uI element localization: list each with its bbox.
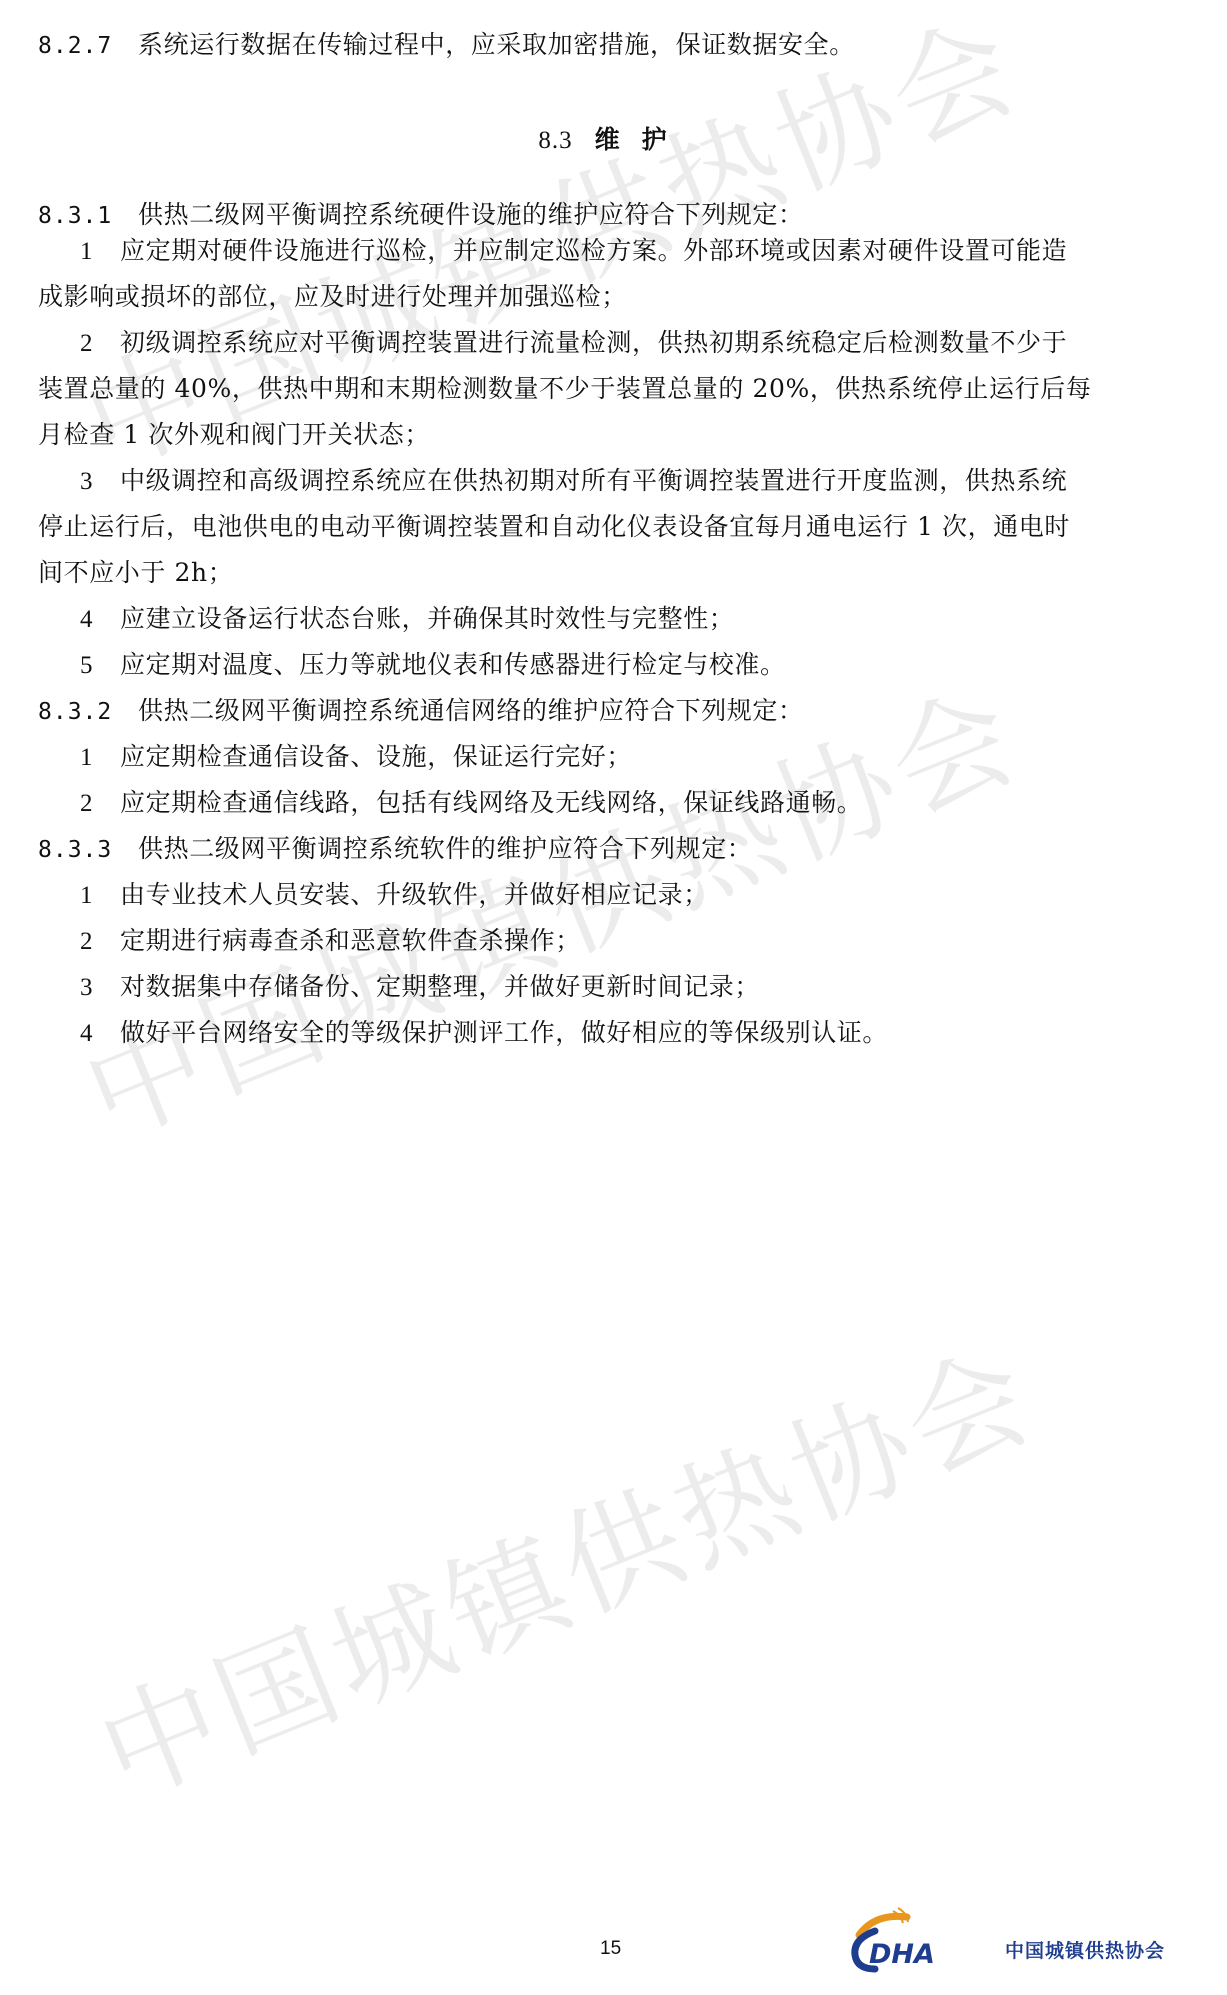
clause-number: 8.3.3: [38, 835, 138, 865]
clause-8-3-1: 8.3.1供热二级网平衡调控系统硬件设施的维护应符合下列规定：: [38, 200, 804, 231]
cdha-logo-icon: DHA: [845, 1905, 1005, 1975]
list-item: 2应定期检查通信线路，包括有线网络及无线网络，保证线路通畅。: [80, 788, 862, 819]
clause-8-2-7: 8.2.7系统运行数据在传输过程中，应采取加密措施，保证数据安全。: [38, 30, 855, 61]
list-item: 1由专业技术人员安装、升级软件，并做好相应记录；: [80, 880, 709, 911]
section-title: 维护: [595, 125, 689, 154]
logo-org-name: 中国城镇供热协会: [1005, 1936, 1165, 1963]
list-item-continuation: 装置总量的 40%，供热中期和末期检测数量不少于装置总量的 20%，供热系统停止…: [38, 374, 1091, 404]
item-number: 3: [80, 973, 120, 1003]
item-number: 4: [80, 1019, 120, 1049]
item-text: 应定期对温度、压力等就地仪表和传感器进行检定与校准。: [120, 650, 786, 679]
clause-text: 供热二级网平衡调控系统软件的维护应符合下列规定：: [138, 834, 752, 863]
item-text: 中级调控和高级调控系统应在供热初期对所有平衡调控装置进行开度监测，供热系统: [120, 466, 1067, 495]
clause-number: 8.2.7: [38, 31, 138, 61]
item-number: 1: [80, 881, 120, 911]
item-number: 2: [80, 329, 120, 359]
clause-text: 供热二级网平衡调控系统硬件设施的维护应符合下列规定：: [138, 200, 804, 229]
item-number: 1: [80, 237, 120, 267]
item-number: 2: [80, 927, 120, 957]
clause-8-3-3: 8.3.3供热二级网平衡调控系统软件的维护应符合下列规定：: [38, 834, 752, 865]
list-item: 4做好平台网络安全的等级保护测评工作，做好相应的等保级别认证。: [80, 1018, 888, 1049]
item-text: 定期进行病毒查杀和恶意软件查杀操作；: [120, 926, 581, 955]
list-item: 4应建立设备运行状态台账，并确保其时效性与完整性；: [80, 604, 734, 635]
list-item-continuation: 间不应小于 2h；: [38, 558, 233, 588]
list-item: 1应定期检查通信设备、设施，保证运行完好；: [80, 742, 632, 773]
item-text: 应定期对硬件设施进行巡检，并应制定巡检方案。外部环境或因素对硬件设置可能造: [120, 236, 1067, 265]
list-item-continuation: 停止运行后，电池供电的电动平衡调控装置和自动化仪表设备宜每月通电运行 1 次，通…: [38, 512, 1070, 542]
item-text: 应建立设备运行状态台账，并确保其时效性与完整性；: [120, 604, 734, 633]
item-number: 4: [80, 605, 120, 635]
clause-number: 8.3.2: [38, 697, 138, 727]
list-item: 2定期进行病毒查杀和恶意软件查杀操作；: [80, 926, 581, 957]
item-text: 应定期检查通信设备、设施，保证运行完好；: [120, 742, 632, 771]
item-text: 应定期检查通信线路，包括有线网络及无线网络，保证线路通畅。: [120, 788, 862, 817]
clause-text: 系统运行数据在传输过程中，应采取加密措施，保证数据安全。: [138, 30, 855, 59]
item-number: 5: [80, 651, 120, 681]
clause-text: 供热二级网平衡调控系统通信网络的维护应符合下列规定：: [138, 696, 804, 725]
watermark: 中国城镇供热协会: [71, 1301, 1054, 1830]
clause-8-3-2: 8.3.2供热二级网平衡调控系统通信网络的维护应符合下列规定：: [38, 696, 804, 727]
clause-number: 8.3.1: [38, 201, 138, 231]
list-item-continuation: 月检查 1 次外观和阀门开关状态；: [38, 420, 430, 450]
list-item: 5应定期对温度、压力等就地仪表和传感器进行检定与校准。: [80, 650, 786, 681]
item-text: 初级调控系统应对平衡调控装置进行流量检测，供热初期系统稳定后检测数量不少于: [120, 328, 1067, 357]
item-text: 由专业技术人员安装、升级软件，并做好相应记录；: [120, 880, 709, 909]
item-number: 2: [80, 789, 120, 819]
list-item: 3中级调控和高级调控系统应在供热初期对所有平衡调控装置进行开度监测，供热系统: [80, 466, 1067, 497]
list-item: 3对数据集中存储备份、定期整理，并做好更新时间记录；: [80, 972, 760, 1003]
item-text: 对数据集中存储备份、定期整理，并做好更新时间记录；: [120, 972, 760, 1001]
list-item-continuation: 成影响或损坏的部位，应及时进行处理并加强巡检；: [38, 282, 627, 312]
list-item: 1应定期对硬件设施进行巡检，并应制定巡检方案。外部环境或因素对硬件设置可能造: [80, 236, 1067, 267]
page-number: 15: [600, 1938, 621, 1960]
svg-text:DHA: DHA: [869, 1939, 935, 1970]
item-text: 做好平台网络安全的等级保护测评工作，做好相应的等保级别认证。: [120, 1018, 888, 1047]
item-number: 3: [80, 467, 120, 497]
list-item: 2初级调控系统应对平衡调控装置进行流量检测，供热初期系统稳定后检测数量不少于: [80, 328, 1067, 359]
section-number: 8.3: [538, 127, 572, 154]
section-heading: 8.3维护: [0, 120, 1227, 156]
item-number: 1: [80, 743, 120, 773]
